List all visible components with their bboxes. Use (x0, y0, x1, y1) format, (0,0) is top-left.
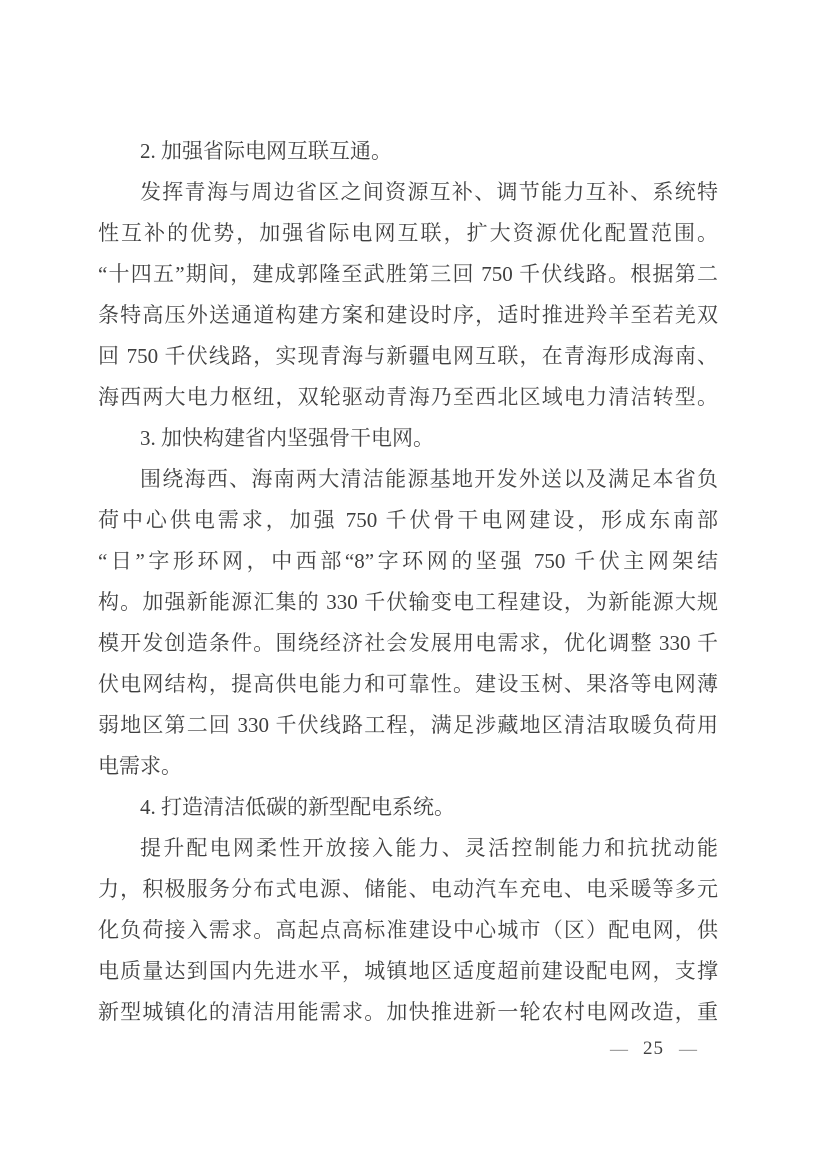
heading-line: 3. 加快构建省内坚强骨干电网。 (98, 418, 718, 459)
text-line: 模开发创造条件。围绕经济社会发展用电需求，优化调整 330 千 (98, 623, 718, 664)
text-line: 构。加强新能源汇集的 330 千伏输变电工程建设，为新能源大规 (98, 582, 718, 623)
page-number: 25 (643, 1038, 664, 1060)
text-line: 新型城镇化的清洁用能需求。加快推进新一轮农村电网改造，重 (98, 992, 718, 1033)
footer-dash-right: — (679, 1042, 697, 1056)
text-line: “十四五”期间，建成郭隆至武胜第三回 750 千伏线路。根据第二 (98, 254, 718, 295)
text-line: 围绕海西、海南两大清洁能源基地开发外送以及满足本省负 (98, 459, 718, 500)
text-line: 条特高压外送通道构建方案和建设时序，适时推进羚羊至若羌双 (98, 295, 718, 336)
page-footer: — 25 — (610, 1038, 697, 1060)
text-line: 电质量达到国内先进水平，城镇地区适度超前建设配电网，支撑 (98, 951, 718, 992)
text-line: 电需求。 (98, 746, 718, 787)
heading-line: 2. 加强省际电网互联互通。 (98, 131, 718, 172)
text-line: 提升配电网柔性开放接入能力、灵活控制能力和抗扰动能 (98, 828, 718, 869)
text-line: 海西两大电力枢纽，双轮驱动青海乃至西北区域电力清洁转型。 (98, 377, 718, 418)
text-line: 荷中心供电需求，加强 750 千伏骨干电网建设，形成东南部 (98, 500, 718, 541)
heading-line: 4. 打造清洁低碳的新型配电系统。 (98, 787, 718, 828)
footer-dash-left: — (610, 1042, 628, 1056)
text-line: 力，积极服务分布式电源、储能、电动汽车充电、电采暖等多元 (98, 869, 718, 910)
text-line: 性互补的优势，加强省际电网互联，扩大资源优化配置范围。 (98, 213, 718, 254)
text-line: “日”字形环网，中西部“8”字环网的坚强 750 千伏主网架结 (98, 541, 718, 582)
document-body: 2. 加强省际电网互联互通。发挥青海与周边省区之间资源互补、调节能力互补、系统特… (98, 131, 718, 1033)
document-page: 2. 加强省际电网互联互通。发挥青海与周边省区之间资源互补、调节能力互补、系统特… (0, 0, 827, 1169)
text-line: 伏电网结构，提高供电能力和可靠性。建设玉树、果洛等电网薄 (98, 664, 718, 705)
text-line: 化负荷接入需求。高起点高标准建设中心城市（区）配电网，供 (98, 910, 718, 951)
text-line: 弱地区第二回 330 千伏线路工程，满足涉藏地区清洁取暖负荷用 (98, 705, 718, 746)
text-line: 发挥青海与周边省区之间资源互补、调节能力互补、系统特 (98, 172, 718, 213)
text-line: 回 750 千伏线路，实现青海与新疆电网互联，在青海形成海南、 (98, 336, 718, 377)
